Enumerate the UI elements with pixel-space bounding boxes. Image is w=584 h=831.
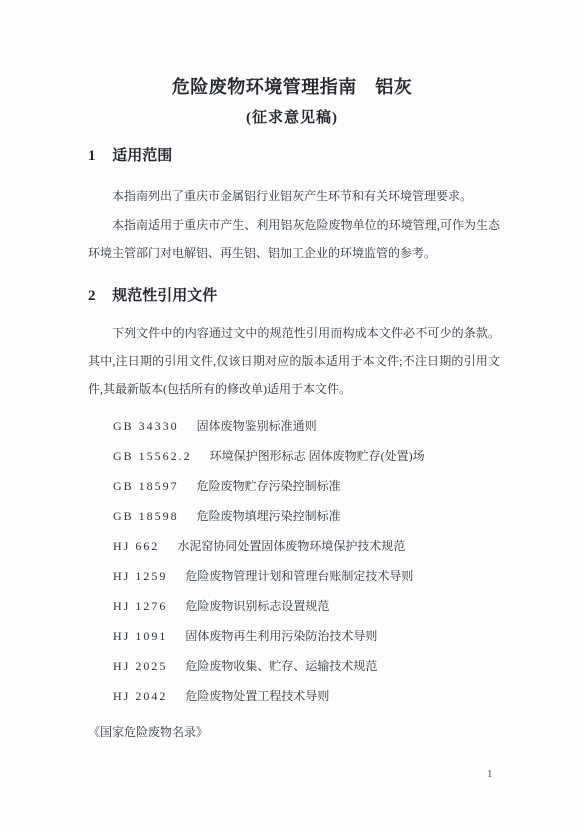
reference-item: GB 18597 危险废物贮存污染控制标准 [113, 471, 425, 501]
section-1-number: 1 [88, 147, 96, 165]
paragraph-scope-overview: 本指南列出了重庆市金属铝行业铝灰产生环节和有关环境管理要求。 [88, 182, 500, 210]
section-2-heading: 2 规范性引用文件 [88, 287, 217, 305]
reference-code: HJ 662 [113, 531, 159, 561]
reference-title: 危险废物收集、贮存、运输技术规范 [185, 651, 377, 681]
section-2-number: 2 [88, 287, 96, 305]
reference-title: 固体废物再生利用污染防治技术导则 [185, 621, 377, 651]
reference-title: 危险废物识别标志设置规范 [185, 591, 329, 621]
document-subtitle: (征求意见稿) [0, 106, 584, 127]
reference-item: HJ 1276 危险废物识别标志设置规范 [113, 591, 425, 621]
document-title: 危险废物环境管理指南 铝灰 [0, 73, 584, 99]
reference-code: HJ 1259 [113, 561, 167, 591]
reference-title: 危险废物填埋污染控制标准 [197, 501, 341, 531]
reference-code: GB 18597 [113, 471, 179, 501]
section-1-heading: 1 适用范围 [88, 147, 172, 165]
reference-code: HJ 1091 [113, 621, 167, 651]
reference-code: HJ 2025 [113, 651, 167, 681]
reference-title: 水泥窑协同处置固体废物环境保护技术规范 [177, 531, 405, 561]
page-number: 1 [487, 766, 493, 782]
reference-item: HJ 1259 危险废物管理计划和管理台账制定技术导则 [113, 561, 425, 591]
document-page: 危险废物环境管理指南 铝灰 (征求意见稿) 1 适用范围 本指南列出了重庆市金属… [0, 0, 584, 831]
reference-item: GB 15562.2 环境保护图形标志 固体废物贮存(处置)场 [113, 441, 425, 471]
reference-title: 固体废物鉴别标准通则 [197, 411, 317, 441]
section-1-title: 适用范围 [112, 148, 172, 164]
reference-code: HJ 2042 [113, 681, 167, 711]
reference-item: HJ 662 水泥窑协同处置固体废物环境保护技术规范 [113, 531, 425, 561]
paragraph-scope-applicability: 本指南适用于重庆市产生、利用铝灰危险废物单位的环境管理,可作为生态环境主管部门对… [88, 211, 500, 267]
reference-title: 危险废物贮存污染控制标准 [197, 471, 341, 501]
reference-code: GB 15562.2 [113, 441, 192, 471]
reference-list: GB 34330 固体废物鉴别标准通则 GB 15562.2 环境保护图形标志 … [113, 411, 425, 711]
national-catalog-reference: 《国家危险废物名录》 [88, 722, 208, 742]
reference-code: HJ 1276 [113, 591, 167, 621]
paragraph-references-intro: 下列文件中的内容通过文中的规范性引用而构成本文件必不可少的条款。其中,注日期的引… [88, 319, 500, 403]
reference-item: HJ 2042 危险废物处置工程技术导则 [113, 681, 425, 711]
section-2-title: 规范性引用文件 [112, 288, 217, 304]
reference-item: GB 34330 固体废物鉴别标准通则 [113, 411, 425, 441]
reference-code: GB 34330 [113, 411, 179, 441]
reference-item: HJ 1091 固体废物再生利用污染防治技术导则 [113, 621, 425, 651]
reference-item: HJ 2025 危险废物收集、贮存、运输技术规范 [113, 651, 425, 681]
reference-code: GB 18598 [113, 501, 179, 531]
reference-title: 危险废物处置工程技术导则 [185, 681, 329, 711]
reference-title: 环境保护图形标志 固体废物贮存(处置)场 [210, 441, 425, 471]
reference-title: 危险废物管理计划和管理台账制定技术导则 [185, 561, 413, 591]
reference-item: GB 18598 危险废物填埋污染控制标准 [113, 501, 425, 531]
